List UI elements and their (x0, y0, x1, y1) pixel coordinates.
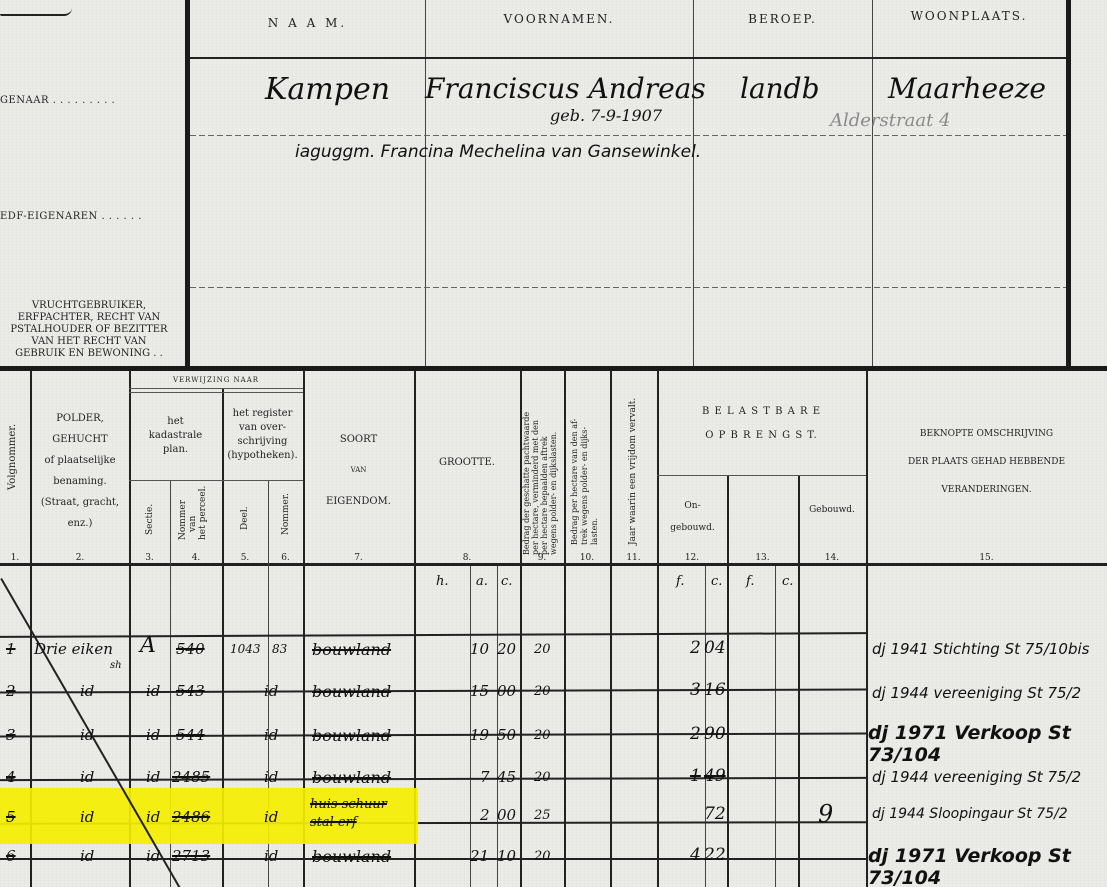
row3-polder: id (80, 726, 94, 744)
row3-sectie: id (146, 726, 160, 744)
label-line: PSTALHOUDER OF BEZITTER (0, 324, 178, 336)
row2-grootte-c: 00 (497, 682, 516, 700)
header-line: per hectare bepaalden aftrek (540, 436, 549, 555)
col5-header: Deel. (240, 506, 250, 530)
row4-note: dj 1944 vereeniging St 75/2 (872, 768, 1081, 786)
row5-volgnr: 5 (6, 808, 16, 826)
row4-ongebouwd-f: 1 (690, 766, 701, 786)
header-line: per hectare, verminderd met den (531, 420, 540, 555)
col14-header: Gebouwd. (798, 505, 866, 515)
col6-header: Nommer. (281, 493, 291, 535)
label-line: GEBRUIK EN BEWONING . . (0, 348, 178, 360)
header-line: O P B R E N G S T. (657, 424, 866, 448)
top-left-border (185, 0, 190, 368)
row4-grootte-a: 7 (480, 768, 490, 786)
col-num-11: 11. (610, 553, 657, 563)
header-line: trek wegens polder- en dijks- (580, 427, 589, 545)
unit-c-12: c. (711, 574, 722, 589)
row2-note: dj 1944 vereeniging St 75/2 (872, 684, 1081, 702)
top-right-border (1066, 0, 1071, 368)
header-line: EIGENDOM. (303, 486, 414, 517)
col-divider-13a (775, 566, 776, 887)
row4-polder: id (80, 768, 94, 786)
header-line: het perceel. (198, 486, 208, 540)
row6-polder: id (80, 847, 94, 865)
row6-note: dj 1971 Verkoop St 73/104 (868, 845, 1107, 887)
row6-grootte-c: 10 (497, 847, 516, 865)
header-line: het register (222, 407, 303, 421)
col8-header: GROOTTE. (414, 457, 520, 468)
header-line: wegens polder- en dijkslasten. (549, 432, 558, 555)
row-rule-6 (0, 858, 866, 860)
top-left-signature-flourish (0, 8, 72, 16)
unit-f-12: f. (676, 574, 684, 589)
row5-sectie: id (146, 808, 160, 826)
col-num-13: 13. (727, 553, 798, 563)
header-line: Bedrag per hectare van den af- (570, 419, 579, 545)
row3-note: dj 1971 Verkoop St 73/104 (868, 722, 1107, 766)
row5-grootte-a: 2 (480, 806, 490, 824)
col7-header: SOORT VAN EIGENDOM. (303, 424, 414, 517)
divider-beroep-woonplaats (872, 0, 873, 366)
header-line: BEKNOPTE OMSCHRIJVING (866, 420, 1107, 448)
header-naam: N A A M. (190, 16, 425, 30)
row6-ongebouwd-c: 22 (704, 845, 726, 865)
col-divider-9 (564, 370, 566, 887)
row1-note: dj 1941 Stichting St 75/10bis (872, 640, 1089, 658)
row1-grootte-c: 20 (497, 640, 516, 658)
header-line: het (129, 415, 222, 429)
header-voornamen: VOORNAMEN. (425, 12, 693, 26)
col-num-5: 5. (222, 553, 268, 563)
row1-ongebouwd-c: 04 (704, 638, 726, 658)
col-divider-10 (610, 370, 612, 887)
header-underline (190, 57, 1066, 59)
row2-grootte-a: 15 (470, 682, 489, 700)
col-num-2: 2. (31, 553, 129, 563)
col-num-6: 6. (268, 553, 303, 563)
belastbare-underline (657, 475, 866, 476)
header-line: van over- (222, 421, 303, 435)
row5-note: dj 1944 Sloopingaur St 75/2 (872, 806, 1068, 822)
owner-naam: Kampen (265, 72, 390, 107)
row5-klasse: 25 (534, 808, 551, 823)
header-line: kadastrale (129, 429, 222, 443)
header-line: Nommer (178, 500, 188, 540)
row6-nommer: id (264, 847, 278, 865)
row6-ongebouwd-f: 4 (690, 845, 701, 865)
row3-grootte-a: 19 (470, 726, 489, 744)
header-line: gebouwd. (658, 517, 727, 539)
row4-nommer: id (264, 768, 278, 786)
header-line: of plaatselijke (31, 450, 129, 471)
row5-perceel: 2486 (172, 808, 210, 826)
col-divider-12 (727, 476, 729, 887)
col-num-4: 4. (170, 553, 222, 563)
row3-ongebouwd-f: 2 (690, 724, 701, 744)
row2-klasse: 20 (534, 684, 551, 699)
header-beroep: BEROEP. (693, 12, 872, 26)
header-line: benaming. (31, 471, 129, 492)
verwijzing-underline (129, 388, 303, 389)
owner-voornamen: Franciscus Andreas (425, 72, 706, 105)
row1-deel: 1043 (230, 642, 261, 656)
row4-klasse: 20 (534, 770, 551, 785)
row1-ongebouwd-f: 2 (690, 638, 701, 658)
row4-sectie: id (146, 768, 160, 786)
owner-woonplaats: Maarheeze (888, 72, 1046, 105)
header-line: B E L A S T B A R E (657, 400, 866, 424)
row1-klasse: 20 (534, 642, 551, 657)
row6-sectie: id (146, 847, 160, 865)
row3-perceel: 544 (176, 726, 205, 744)
row3-ongebouwd-c: 90 (704, 724, 726, 744)
kadastrale-header: het kadastrale plan. (129, 415, 222, 457)
unit-c-13: c. (782, 574, 793, 589)
row3-klasse: 20 (534, 728, 551, 743)
co-owner-row-divider (190, 287, 1066, 288)
row1-grootte-a: 10 (470, 640, 489, 658)
header-line: plan. (129, 443, 222, 457)
header-line: VERANDERINGEN. (866, 476, 1107, 504)
row6-grootte-a: 21 (470, 847, 489, 865)
col2-header: POLDER, GEHUCHT of plaatselijke benaming… (31, 408, 129, 534)
row3-volgnr: 3 (6, 726, 16, 744)
col-divider-13 (798, 476, 800, 887)
row5-soort: huis schuur stal erf (310, 796, 414, 832)
row2-perceel: 543 (176, 682, 205, 700)
row4-soort: bouwland (312, 768, 391, 787)
owner-birth-note: geb. 7-9-1907 (550, 106, 662, 125)
row2-sectie: id (146, 682, 160, 700)
owner-beroep: landb (740, 72, 820, 105)
header-line: van (188, 516, 198, 532)
verwijzing-header: VERWIJZING NAAR (129, 376, 303, 384)
belastbare-header: B E L A S T B A R E O P B R E N G S T. (657, 400, 866, 448)
header-line: Bedrag der geschatte pachtwaarde (522, 412, 531, 555)
col-num-12: 12. (657, 553, 727, 563)
col15-header: BEKNOPTE OMSCHRIJVING DER PLAATS GEHAD H… (866, 420, 1107, 504)
row4-perceel: 2485 (172, 768, 210, 786)
verwijzing-underline-2 (129, 392, 303, 393)
row5-grootte-c: 00 (497, 806, 516, 824)
col-num-10: 10. (564, 553, 610, 563)
header-woonplaats: WOONPLAATS. (872, 9, 1066, 23)
header-line: schrijving (222, 435, 303, 449)
col-num-8: 8. (414, 553, 520, 563)
col12-header: On- gebouwd. (658, 495, 727, 539)
row4-grootte-c: 45 (497, 768, 516, 786)
unit-h: h. (436, 574, 449, 589)
row2-soort: bouwland (312, 682, 391, 701)
row3-grootte-c: 50 (497, 726, 516, 744)
row6-perceel: 2713 (172, 847, 210, 865)
col3-header: Sectie. (145, 504, 155, 535)
col-num-9: 9. (520, 553, 564, 563)
row4-ongebouwd-c: 49 (704, 766, 726, 786)
register-header: het register van over- schrijving (hypot… (222, 407, 303, 463)
table-top-border (0, 366, 1107, 371)
row1-polder-note: sh (110, 660, 122, 671)
row4-volgnr: 4 (6, 768, 16, 786)
row3-soort: bouwland (312, 726, 391, 745)
register-page: N A A M. VOORNAMEN. BEROEP. WOONPLAATS. … (0, 0, 1107, 887)
row2-ongebouwd-f: 3 (690, 680, 701, 700)
header-line: DER PLAATS GEHAD HEBBENDE (866, 448, 1107, 476)
col1-header: Volgnommer. (8, 424, 18, 490)
col-num-7: 7. (303, 553, 414, 563)
unit-f-13: f. (746, 574, 754, 589)
col-num-1: 1. (0, 553, 30, 563)
col-num-15: 15. (866, 553, 1107, 563)
row1-nommer: 83 (272, 642, 287, 656)
header-line: (Straat, gracht, (31, 492, 129, 513)
header-line: lasten. (590, 518, 599, 545)
row2-volgnr: 2 (6, 682, 16, 700)
owner-address-note: Alderstraat 4 (830, 110, 950, 131)
label-vruchtgebruiker: VRUCHTGEBRUIKER, ERFPACHTER, RECHT VAN P… (0, 300, 178, 360)
header-line: POLDER, (31, 408, 129, 429)
col11-header: Jaar waarin een vrijdom vervalt. (628, 398, 638, 545)
label-eigenaar: GENAAR . . . . . . . . . (0, 95, 115, 106)
row1-soort: bouwland (312, 640, 391, 659)
divider-naam-voornamen (425, 0, 426, 366)
row1-sectie: A (140, 633, 156, 658)
row5-polder: id (80, 808, 94, 826)
owner-row-divider (190, 135, 1066, 136)
row6-klasse: 20 (534, 849, 551, 864)
row5-gebouwd: 9 (818, 800, 833, 828)
row6-soort: bouwland (312, 847, 391, 866)
header-line: On- (658, 495, 727, 517)
header-line: enz.) (31, 513, 129, 534)
row1-polder: Drie eiken (34, 640, 113, 658)
row2-nommer: id (264, 682, 278, 700)
col4-header: Nommer van het perceel. (178, 540, 218, 610)
label-mede-eigenaren: EDF-EIGENAREN . . . . . . (0, 211, 142, 222)
label-line: ERFPACHTER, RECHT VAN (0, 312, 178, 324)
row3-nommer: id (264, 726, 278, 744)
unit-c: c. (501, 574, 512, 589)
row5-ongebouwd-c: 72 (704, 804, 726, 824)
header-line: VAN (303, 455, 414, 486)
row6-volgnr: 6 (6, 847, 16, 865)
co-owner-line: iaguggm. Francina Mechelina van Gansewin… (295, 142, 701, 162)
label-line: VAN HET RECHT VAN (0, 336, 178, 348)
row2-polder: id (80, 682, 94, 700)
header-line: SOORT (303, 424, 414, 455)
col-num-3: 3. (129, 553, 170, 563)
label-line: VRUCHTGEBRUIKER, (0, 300, 178, 312)
kadastrale-underline (129, 480, 303, 481)
header-line: (hypotheken). (222, 449, 303, 463)
row1-volgnr: 1 (6, 640, 16, 658)
row5-nommer: id (264, 808, 278, 826)
header-line: GEHUCHT (31, 429, 129, 450)
unit-a: a. (476, 574, 488, 589)
row2-ongebouwd-c: 16 (704, 680, 726, 700)
divider-voornamen-beroep (693, 0, 694, 366)
col-num-14: 14. (798, 553, 866, 563)
row1-perceel: 540 (176, 640, 205, 658)
